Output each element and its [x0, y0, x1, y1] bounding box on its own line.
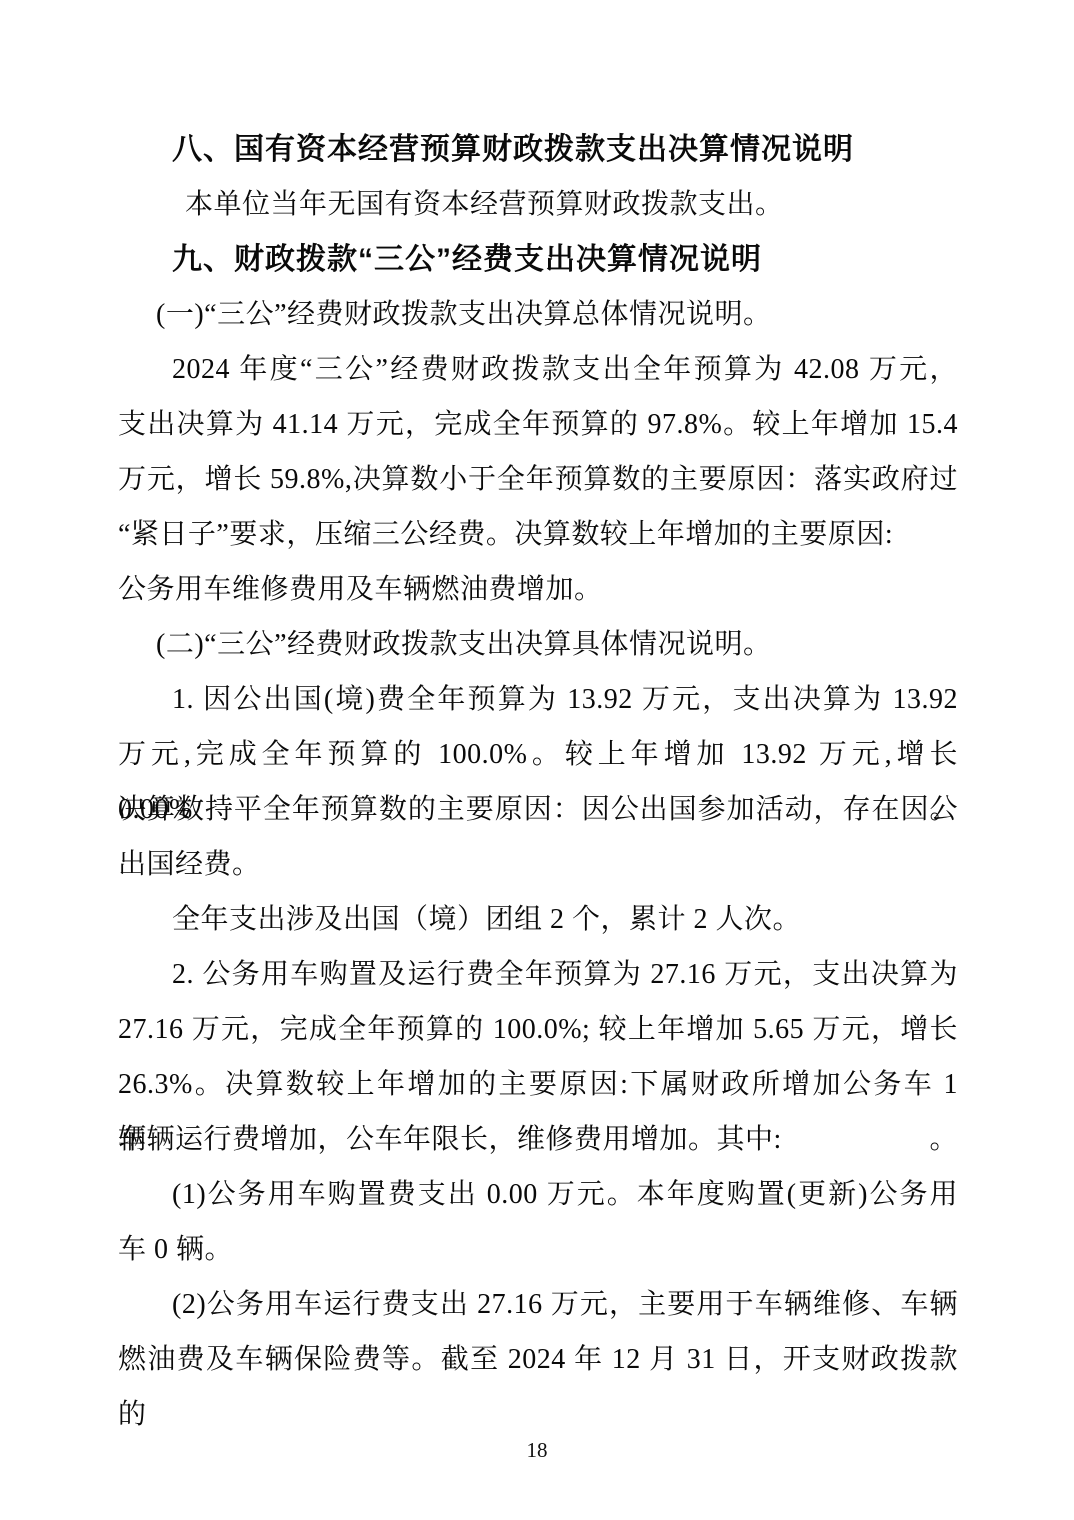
- heading-section-8: 八、国有资本经营预算财政拨款支出决算情况说明: [118, 122, 958, 177]
- document-body: 八、国有资本经营预算财政拨款支出决算情况说明 本单位当年无国有资本经营预算财政拨…: [118, 122, 958, 1387]
- para-vehicle-line-3: 26.3%。决算数较上年增加的主要原因:下属财政所增加公务车 1 辆。: [118, 1057, 958, 1112]
- para-overall-line-3: 万元，增长 59.8%,决算数小于全年预算数的主要原因：落实政府过: [118, 452, 958, 507]
- para-abroad-line-2: 万元,完成全年预算的 100.0%。较上年增加 13.92 万元,增长 0.00…: [118, 727, 958, 782]
- para-overall-title: (一)“三公”经费财政拨款支出决算总体情况说明。: [118, 287, 958, 342]
- para-abroad-line-4: 出国经费。: [118, 837, 958, 892]
- para-vehicle-line-2: 27.16 万元，完成全年预算的 100.0%; 较上年增加 5.65 万元，增…: [118, 1002, 958, 1057]
- para-purchase-line-2: 车 0 辆。: [118, 1222, 958, 1277]
- para-operation-line-1: (2)公务用车运行费支出 27.16 万元，主要用于车辆维修、车辆: [118, 1277, 958, 1332]
- heading-section-9: 九、财政拨款“三公”经费支出决算情况说明: [118, 232, 958, 287]
- para-purchase-line-1: (1)公务用车购置费支出 0.00 万元。本年度购置(更新)公务用: [118, 1167, 958, 1222]
- para-detail-title: (二)“三公”经费财政拨款支出决算具体情况说明。: [118, 617, 958, 672]
- para-no-state-capital: 本单位当年无国有资本经营预算财政拨款支出。: [118, 177, 958, 232]
- para-overall-line-2: 支出决算为 41.14 万元，完成全年预算的 97.8%。较上年增加 15.4: [118, 397, 958, 452]
- para-vehicle-line-1: 2. 公务用车购置及运行费全年预算为 27.16 万元，支出决算为: [118, 947, 958, 1002]
- para-abroad-line-3: 决算数持平全年预算数的主要原因：因公出国参加活动，存在因公: [118, 782, 958, 837]
- para-overall-line-1: 2024 年度“三公”经费财政拨款支出全年预算为 42.08 万元，: [118, 342, 958, 397]
- para-overall-line-4: “紧日子”要求，压缩三公经费。决算数较上年增加的主要原因:: [118, 507, 958, 562]
- document-page: 八、国有资本经营预算财政拨款支出决算情况说明 本单位当年无国有资本经营预算财政拨…: [0, 0, 1074, 1520]
- page-number: 18: [0, 1438, 1074, 1463]
- para-operation-line-2: 燃油费及车辆保险费等。截至 2024 年 12 月 31 日，开支财政拨款的: [118, 1332, 958, 1387]
- para-overall-line-5: 公务用车维修费用及车辆燃油费增加。: [118, 562, 958, 617]
- para-abroad-groups: 全年支出涉及出国（境）团组 2 个，累计 2 人次。: [118, 892, 958, 947]
- para-abroad-line-1: 1. 因公出国(境)费全年预算为 13.92 万元，支出决算为 13.92: [118, 672, 958, 727]
